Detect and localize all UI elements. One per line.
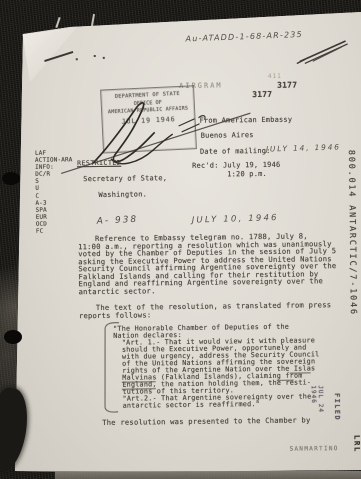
body-paragraph-1: Reference to Embassy telegram no. 1788, … (78, 232, 337, 295)
document-scan: Au-ATADD-1-68-AR-235 AIRGRAM 411 3177 31… (0, 0, 361, 479)
copy-number-primary: 3177 (277, 81, 297, 90)
faint-number: 411 (268, 73, 282, 80)
body-paragraph-2: The text of the resolution, as translate… (79, 301, 332, 319)
routing-list: LAF ACTION-ARA INFO: DC/R S U C A-3 SPA … (35, 150, 74, 236)
file-number-vertical: 800.014 ANTARCTIC/7-1046 (346, 150, 358, 350)
page-content: Au-ATADD-1-68-AR-235 AIRGRAM 411 3177 31… (0, 0, 361, 479)
doc-date-handwritten: JULY 10, 1946 (192, 213, 279, 226)
mailing-date-handwritten: JULY 14, 1946 (266, 142, 341, 153)
hole-punch (4, 330, 22, 344)
pencil-dot (94, 55, 96, 57)
pencil-dot (103, 57, 105, 59)
filed-stamp-date: JUL 24 1946 (310, 385, 324, 424)
received-time: 1:20 p.m. (227, 170, 267, 178)
routing-item: FC (36, 228, 74, 236)
from-line: From American Embassy (199, 116, 292, 125)
doc-number-handwritten: A- 938 (97, 215, 139, 227)
pencil-annotation: Au-ATADD-1-68-AR-235 (185, 30, 303, 43)
mailing-label: Date of mailing: (200, 147, 271, 156)
addressee-line-1: Secretary of State, (83, 174, 167, 183)
filed-stamp-label: FILED (333, 393, 341, 421)
addressee-line-2: Washington. (98, 190, 147, 199)
received-line: Rec'd: July 19, 1946 (192, 161, 280, 170)
scan-strip-bottom (55, 471, 361, 479)
classification-label: RESTRICTED (77, 159, 121, 168)
word-underline-from (277, 380, 294, 381)
initials-vertical: LRL (352, 435, 361, 453)
pencil-checkmark-icon (295, 34, 353, 67)
copy-number-secondary: 3177 (252, 90, 272, 99)
signer-name: SANMARTINO (290, 445, 339, 453)
city-line: Buenos Aires (201, 131, 254, 140)
pencil-dot (76, 58, 78, 60)
closing-line: The resolution was presented to the Cham… (102, 415, 310, 427)
hole-punch (2, 172, 20, 185)
pencil-dash (44, 51, 73, 62)
resolution-quote: "The Honorable Chamber of Deputies of th… (113, 323, 320, 410)
